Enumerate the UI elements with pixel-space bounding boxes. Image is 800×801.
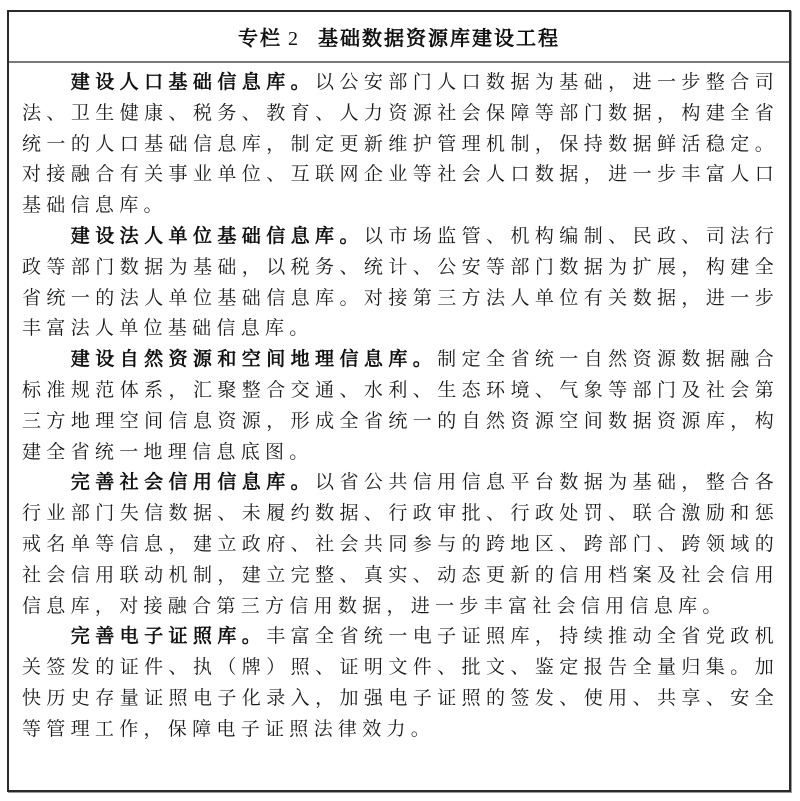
paragraph-natural-resources-db: 建设自然资源和空间地理信息库。制定全省统一自然资源数据融合标准规范体系，汇聚整合… [22, 344, 779, 467]
title-number: 2 [288, 28, 300, 50]
paragraph-e-license-db: 完善电子证照库。丰富全省统一电子证照库，持续推动全省党政机关签发的证件、执（牌）… [22, 621, 779, 744]
paragraph-lead: 完善社会信用信息库。 [71, 471, 315, 493]
title-row: 专栏2基础数据资源库建设工程 [9, 12, 789, 63]
paragraph-population-db: 建设人口基础信息库。以公安部门人口数据为基础，进一步整合司法、卫生健康、税务、教… [22, 67, 779, 221]
box-body: 建设人口基础信息库。以公安部门人口数据为基础，进一步整合司法、卫生健康、税务、教… [9, 63, 789, 745]
paragraph-lead: 建设自然资源和空间地理信息库。 [71, 348, 437, 370]
title-text: 基础数据资源库建设工程 [318, 26, 560, 50]
paragraph-social-credit-db: 完善社会信用信息库。以省公共信用信息平台数据为基础，整合各行业部门失信数据、未履… [22, 467, 779, 621]
paragraph-legal-entity-db: 建设法人单位基础信息库。以市场监管、机构编制、民政、司法行政等部门数据为基础，以… [22, 221, 779, 344]
title-label: 专栏 [238, 26, 282, 50]
paragraph-lead: 建设人口基础信息库。 [71, 71, 315, 93]
box-title: 专栏2基础数据资源库建设工程 [238, 22, 560, 51]
feature-box: 专栏2基础数据资源库建设工程 建设人口基础信息库。以公安部门人口数据为基础，进一… [7, 10, 791, 792]
paragraph-lead: 完善电子证照库。 [71, 625, 266, 647]
paragraph-lead: 建设法人单位基础信息库。 [71, 225, 364, 247]
